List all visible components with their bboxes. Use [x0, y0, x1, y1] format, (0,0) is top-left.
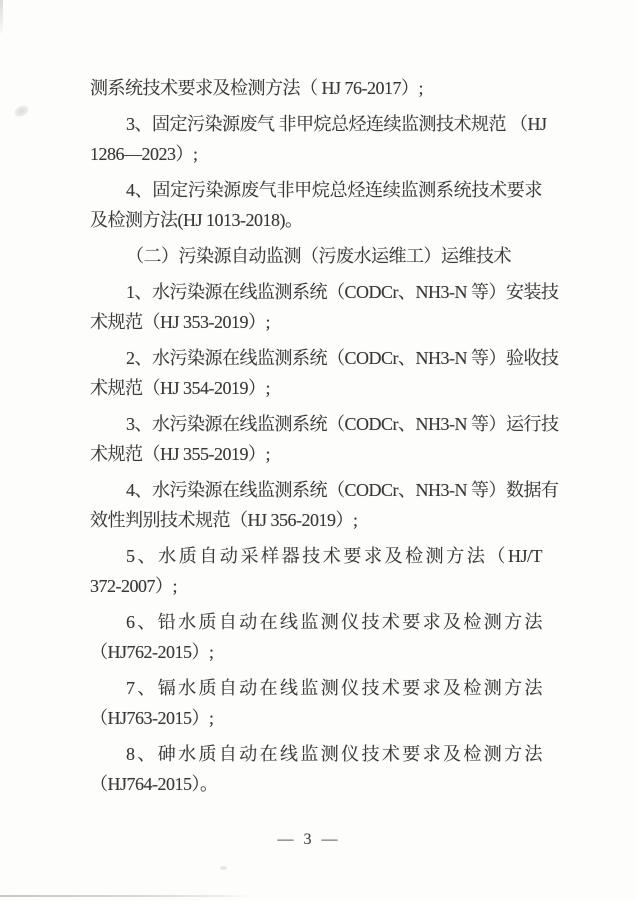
text-line: 3、固定污染源废气 非甲烷总烃连续监测技术规范 （HJ — [90, 109, 542, 139]
text-line: 4、固定污染源废气非甲烷总烃连续监测系统技术要求 — [90, 175, 542, 205]
scanned-page: 测系统技术要求及检测方法（ HJ 76-2017）;3、固定污染源废气 非甲烷总… — [0, 0, 636, 900]
scan-edge-mark — [0, 0, 3, 36]
text-line: 1286—2023）; — [90, 139, 542, 169]
text-line: 5、水质自动采样器技术要求及检测方法（HJ/T — [90, 541, 542, 571]
text-line: （HJ763-2015）; — [90, 703, 542, 733]
text-line: 8、砷水质自动在线监测仪技术要求及检测方法 — [90, 739, 542, 769]
text-line: 术规范（HJ 353-2019）; — [90, 307, 542, 337]
text-line: （HJ764-2015）。 — [90, 769, 542, 799]
text-line: 6、铅水质自动在线监测仪技术要求及检测方法 — [90, 607, 542, 637]
text-line: 及检测方法(HJ 1013-2018)。 — [90, 205, 542, 235]
scan-dot — [220, 866, 227, 870]
text-line: 1、水污染源在线监测系统（CODCr、NH3-N 等）安装技 — [90, 277, 542, 307]
text-line: 4、水污染源在线监测系统（CODCr、NH3-N 等）数据有 — [90, 475, 542, 505]
text-line: 术规范（HJ 354-2019）; — [90, 373, 542, 403]
text-line: 术规范（HJ 355-2019）; — [90, 439, 542, 469]
text-line: 372-2007）; — [90, 571, 542, 601]
page-number: — 3 — — [0, 831, 618, 849]
text-line: 效性判别技术规范（HJ 356-2019）; — [90, 505, 542, 535]
text-line: （二）污染源自动监测（污废水运维工）运维技术 — [90, 241, 542, 271]
text-line: 7、镉水质自动在线监测仪技术要求及检测方法 — [90, 673, 542, 703]
text-line: 测系统技术要求及检测方法（ HJ 76-2017）; — [90, 73, 542, 103]
text-line: 2、水污染源在线监测系统（CODCr、NH3-N 等）验收技 — [90, 343, 542, 373]
text-line: 3、水污染源在线监测系统（CODCr、NH3-N 等）运行技 — [90, 409, 542, 439]
scan-smudge — [13, 103, 31, 119]
text-line: （HJ762-2015）; — [90, 637, 542, 667]
scan-bottom-line — [0, 895, 252, 897]
document-body: 测系统技术要求及检测方法（ HJ 76-2017）;3、固定污染源废气 非甲烷总… — [90, 73, 542, 799]
